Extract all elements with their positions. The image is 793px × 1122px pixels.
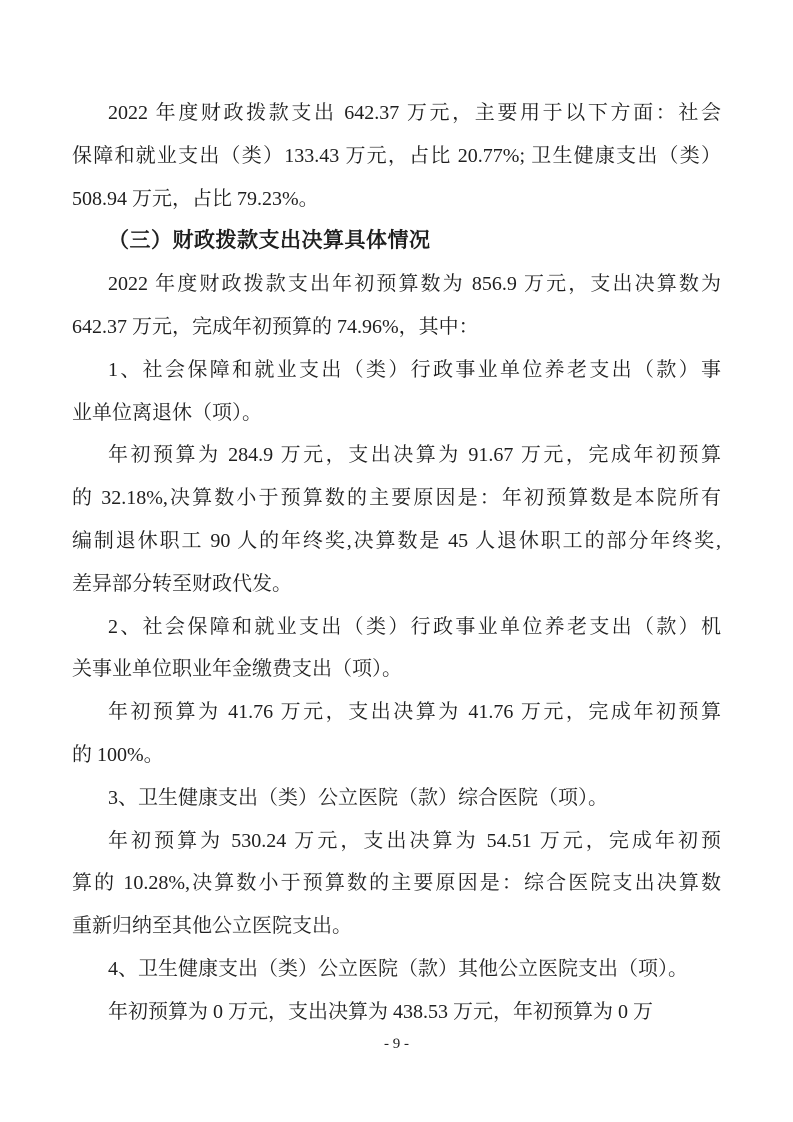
- text-line: 年初预算为 284.9 万元，支出决算为 91.67 万元，完成年初预算: [72, 434, 721, 477]
- text-line: 关事业单位职业年金缴费支出（项）。: [72, 648, 721, 691]
- page-footer: - 9 -: [0, 1036, 793, 1053]
- text-line: 保障和就业支出（类）133.43 万元，占比 20.77%; 卫生健康支出（类）: [72, 135, 721, 178]
- paragraph: 年初预算为 530.24 万元，支出决算为 54.51 万元，完成年初预算的 1…: [72, 820, 721, 948]
- text-line: 差异部分转至财政代发。: [72, 563, 721, 606]
- document-body: 2022 年度财政拨款支出 642.37 万元，主要用于以下方面：社会保障和就业…: [72, 92, 721, 1034]
- paragraph: 年初预算为 0 万元，支出决算为 438.53 万元，年初预算为 0 万: [72, 991, 721, 1034]
- paragraph: 2、社会保障和就业支出（类）行政事业单位养老支出（款）机关事业单位职业年金缴费支…: [72, 606, 721, 692]
- text-line: 2022 年度财政拨款支出 642.37 万元，主要用于以下方面：社会: [72, 92, 721, 135]
- text-line: 算的 10.28%,决算数小于预算数的主要原因是：综合医院支出决算数: [72, 862, 721, 905]
- text-line: 编制退休职工 90 人的年终奖,决算数是 45 人退休职工的部分年终奖,: [72, 520, 721, 563]
- paragraph: 2022 年度财政拨款支出年初预算数为 856.9 万元，支出决算数为642.3…: [72, 263, 721, 349]
- text-line: 3、卫生健康支出（类）公立医院（款）综合医院（项）。: [72, 777, 721, 820]
- page-number: - 9 -: [384, 1036, 409, 1052]
- text-line: 1、社会保障和就业支出（类）行政事业单位养老支出（款）事: [72, 349, 721, 392]
- text-line: 年初预算为 530.24 万元，支出决算为 54.51 万元，完成年初预: [72, 820, 721, 863]
- paragraph: 3、卫生健康支出（类）公立医院（款）综合医院（项）。: [72, 777, 721, 820]
- text-line: 2、社会保障和就业支出（类）行政事业单位养老支出（款）机: [72, 606, 721, 649]
- paragraph: 年初预算为 41.76 万元，支出决算为 41.76 万元，完成年初预算的 10…: [72, 691, 721, 777]
- text-line: 重新归纳至其他公立医院支出。: [72, 905, 721, 948]
- paragraph: 1、社会保障和就业支出（类）行政事业单位养老支出（款）事业单位离退休（项）。: [72, 349, 721, 435]
- text-line: 508.94 万元，占比 79.23%。: [72, 178, 721, 221]
- text-line: 的 32.18%,决算数小于预算数的主要原因是：年初预算数是本院所有: [72, 477, 721, 520]
- paragraph: 4、卫生健康支出（类）公立医院（款）其他公立医院支出（项）。: [72, 948, 721, 991]
- section-heading: （三）财政拨款支出决算具体情况: [72, 220, 721, 263]
- text-line: 的 100%。: [72, 734, 721, 777]
- text-line: 642.37 万元，完成年初预算的 74.96%，其中：: [72, 306, 721, 349]
- text-line: 年初预算为 41.76 万元，支出决算为 41.76 万元，完成年初预算: [72, 691, 721, 734]
- paragraph: 年初预算为 284.9 万元，支出决算为 91.67 万元，完成年初预算的 32…: [72, 434, 721, 605]
- paragraph: 2022 年度财政拨款支出 642.37 万元，主要用于以下方面：社会保障和就业…: [72, 92, 721, 220]
- text-line: 业单位离退休（项）。: [72, 392, 721, 435]
- text-line: 年初预算为 0 万元，支出决算为 438.53 万元，年初预算为 0 万: [72, 991, 721, 1034]
- text-line: 2022 年度财政拨款支出年初预算数为 856.9 万元，支出决算数为: [72, 263, 721, 306]
- text-line: 4、卫生健康支出（类）公立医院（款）其他公立医院支出（项）。: [72, 948, 721, 991]
- text-line: （三）财政拨款支出决算具体情况: [72, 220, 721, 263]
